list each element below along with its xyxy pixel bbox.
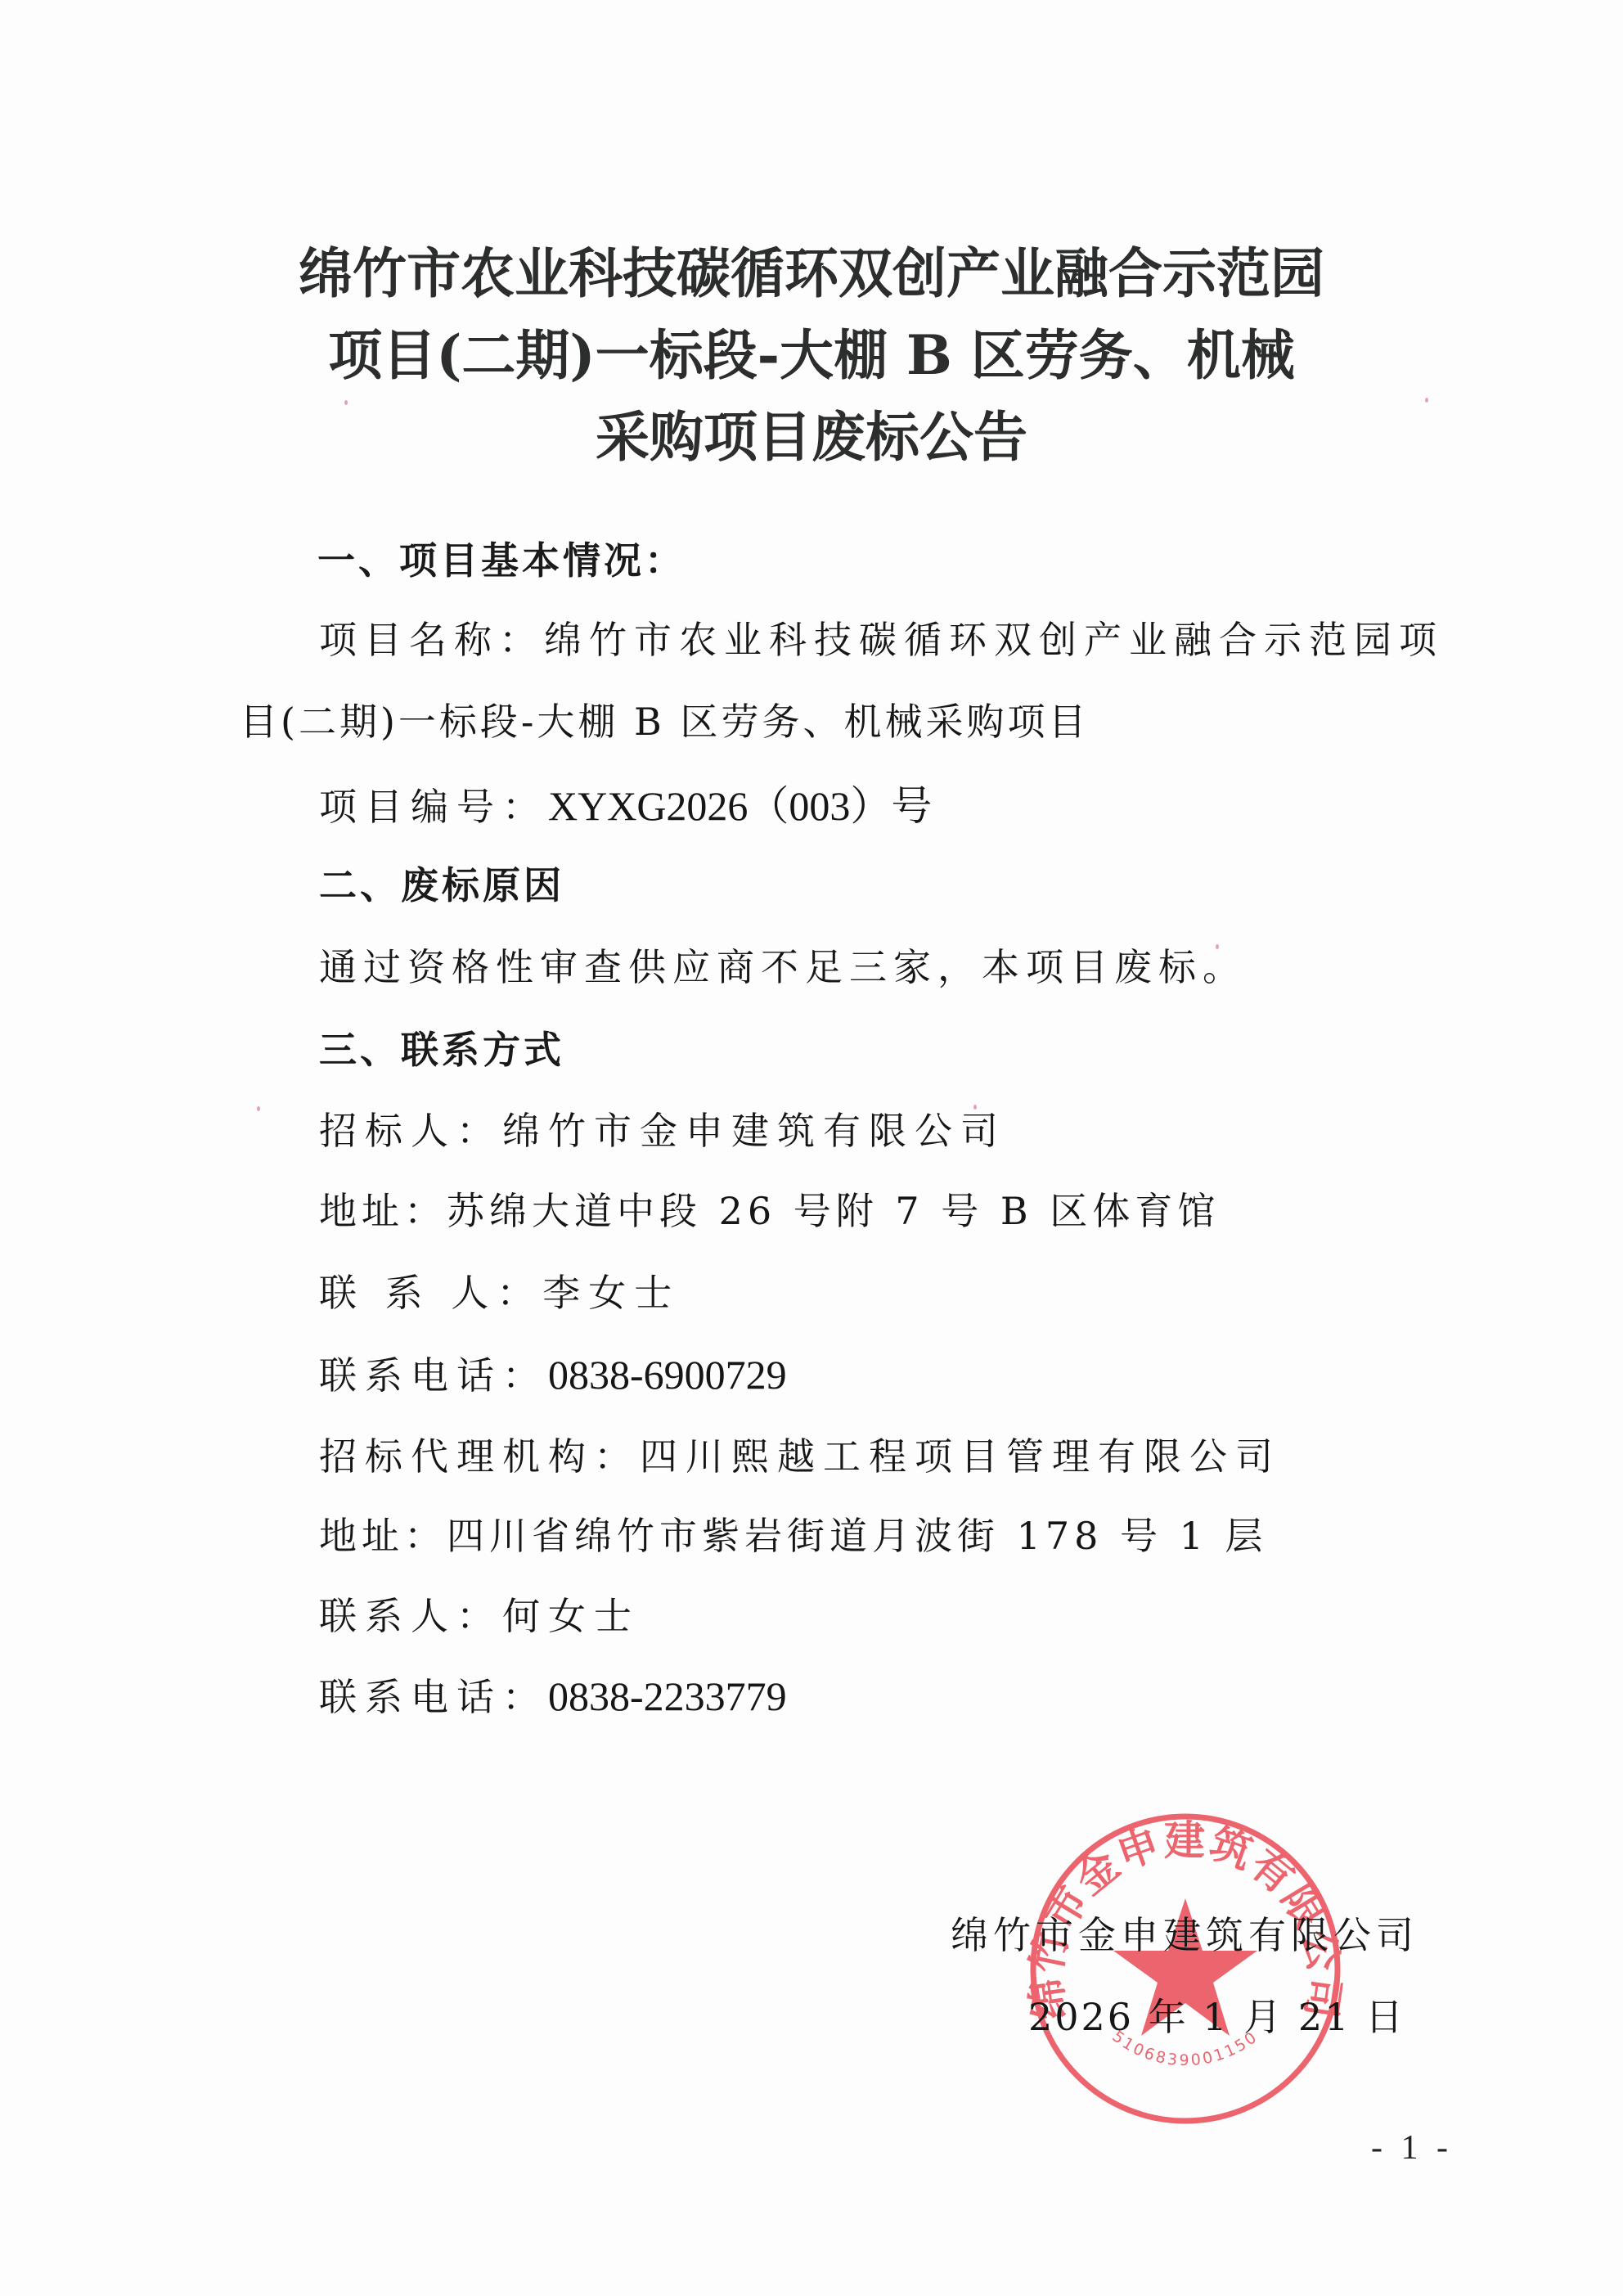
title-line-1: 绵竹市农业科技碳循环双创产业融合示范园 [0,232,1623,314]
scan-speck [1216,944,1219,949]
section-heading-reason: 二、废标原因 [319,861,564,910]
section-heading-basic-info: 一、项目基本情况： [317,536,686,585]
tenderer: 招标人：绵竹市金申建筑有限公司 [319,1106,1006,1155]
project-number: 项目编号：XYXG2026（003）号 [319,781,932,831]
project-number-value: XYXG2026（003）号 [548,783,932,829]
tenderer-phone-label: 联系电话： [319,1353,548,1398]
tenderer-phone-value: 0838-6900729 [548,1352,787,1398]
title-line-2: 项目(二期)一标段-大棚 B 区劳务、机械 [0,314,1623,396]
agency-address-value: 四川省绵竹市紫岩街道月波街 178 号 1 层 [447,1514,1268,1558]
tenderer-label: 招标人： [319,1109,502,1153]
page-number: - 1 - [1371,2127,1453,2168]
agency-contact-label: 联系人： [319,1594,502,1638]
tenderer-address-value: 苏绵大道中段 26 号附 7 号 B 区体育馆 [447,1189,1220,1233]
section-heading-contact: 三、联系方式 [319,1025,564,1074]
scan-speck [973,1105,977,1110]
agency: 招标代理机构：四川熙越工程项目管理有限公司 [319,1432,1281,1481]
project-name-line-1: 项目名称：绵竹市农业科技碳循环双创产业融合示范园项 [319,615,1444,664]
agency-phone-value: 0838-2233779 [548,1673,787,1719]
project-number-label: 项目编号： [319,785,548,829]
title-line-3: 采购项目废标公告 [0,396,1623,478]
scan-speck [1425,398,1428,403]
project-name-line-2: 目(二期)一标段-大棚 B 区劳务、机械采购项目 [240,697,1089,746]
tenderer-contact-value: 李女士 [542,1271,680,1315]
tenderer-address: 地址：苏绵大道中段 26 号附 7 号 B 区体育馆 [319,1186,1220,1236]
seal-graphic: 绵竹市金申建筑有限公司 5106839001150 [1027,1810,1344,2127]
signature-company: 绵竹市金申建筑有限公司 [951,1911,1418,1960]
agency-contact-value: 何女士 [502,1594,640,1638]
agency-phone: 联系电话：0838-2233779 [319,1672,787,1721]
agency-address: 地址：四川省绵竹市紫岩街道月波街 178 号 1 层 [319,1511,1268,1560]
agency-value: 四川熙越工程项目管理有限公司 [640,1434,1281,1479]
official-seal: 绵竹市金申建筑有限公司 5106839001150 [1027,1810,1344,2127]
tenderer-contact: 联 系 人：李女士 [319,1268,680,1317]
tenderer-contact-label: 联 系 人： [319,1271,542,1315]
agency-address-label: 地址： [319,1514,447,1558]
document-title: 绵竹市农业科技碳循环双创产业融合示范园 项目(二期)一标段-大棚 B 区劳务、机… [0,232,1623,478]
agency-contact: 联系人：何女士 [319,1591,640,1641]
agency-phone-label: 联系电话： [319,1675,548,1719]
tenderer-value: 绵竹市金申建筑有限公司 [502,1109,1006,1153]
document-page: 绵竹市农业科技碳循环双创产业融合示范园 项目(二期)一标段-大棚 B 区劳务、机… [0,0,1623,2296]
tenderer-phone: 联系电话：0838-6900729 [319,1350,787,1399]
tenderer-address-label: 地址： [319,1189,447,1233]
signature-date: 2026 年 1 月 21 日 [1028,1992,1405,2042]
scan-speck [344,400,348,405]
scan-speck [257,1106,260,1111]
reason-text: 通过资格性审查供应商不足三家，本项目废标。 [319,943,1247,992]
agency-label: 招标代理机构： [319,1434,640,1479]
